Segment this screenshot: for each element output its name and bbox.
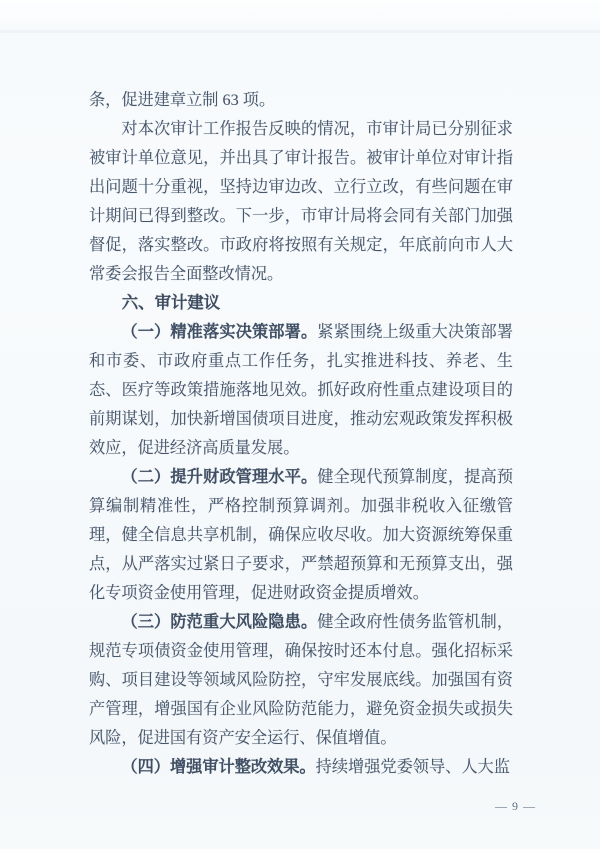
paragraph: 条，促进建章立制 63 项。 bbox=[89, 86, 513, 115]
paragraph: （一）精准落实决策部署。紧紧围绕上级重大决策部署和市委、市政府重点工作任务，扎实… bbox=[89, 318, 513, 463]
scan-artifact-band bbox=[0, 30, 600, 33]
paragraph: （二）提升财政管理水平。健全现代预算制度，提高预算编制精准性，严格控制预算调剂。… bbox=[89, 463, 513, 608]
paragraph: 对本次审计工作报告反映的情况，市审计局已分别征求被审计单位意见，并出具了审计报告… bbox=[89, 115, 513, 289]
scanned-document-page: 条，促进建章立制 63 项。对本次审计工作报告反映的情况，市审计局已分别征求被审… bbox=[0, 0, 600, 849]
paragraph-lead: （四）增强审计整改效果。 bbox=[121, 758, 315, 776]
paragraph-lead: （一）精准落实决策部署。 bbox=[121, 323, 317, 341]
paragraph-lead: （二）提升财政管理水平。 bbox=[121, 468, 317, 486]
section-heading: 六、审计建议 bbox=[89, 289, 513, 318]
page-number: — 9 — bbox=[495, 798, 536, 814]
paragraph-lead: （三）防范重大风险隐患。 bbox=[121, 613, 317, 631]
paragraph: （三）防范重大风险隐患。健全政府性债务监管机制，规范专项债资金使用管理，确保按时… bbox=[89, 608, 513, 753]
paragraph: （四）增强审计整改效果。持续增强党委领导、人大监 bbox=[89, 753, 513, 782]
document-body: 条，促进建章立制 63 项。对本次审计工作报告反映的情况，市审计局已分别征求被审… bbox=[89, 86, 513, 782]
